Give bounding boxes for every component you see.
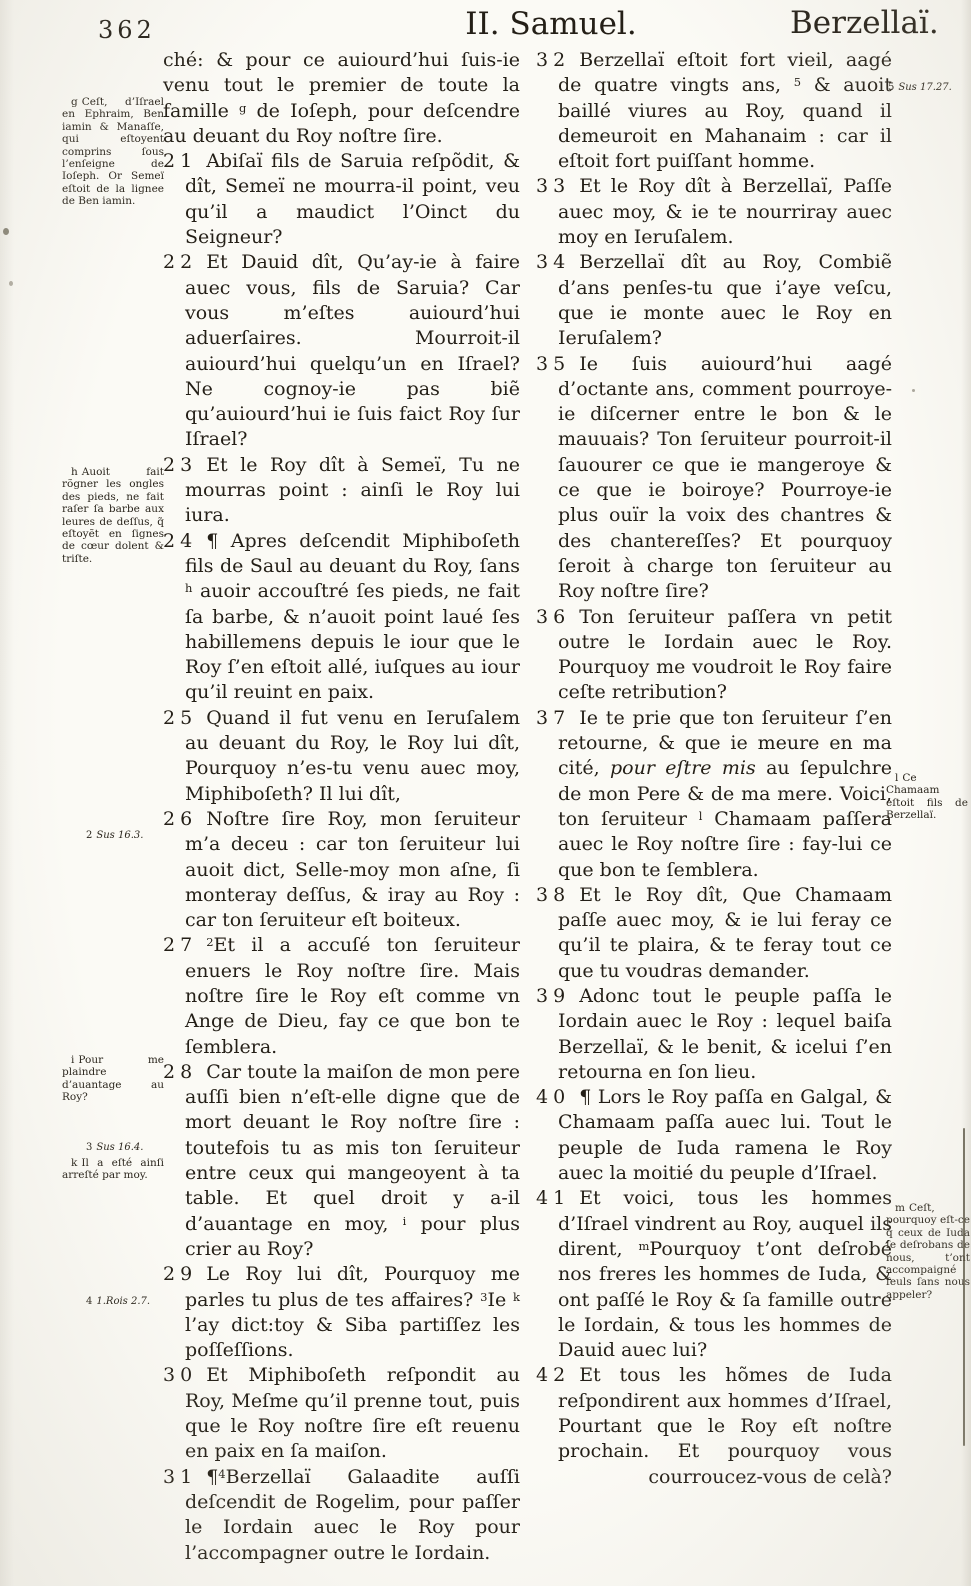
verse-22: 22Et Dauid dît, Qu’ay-ie à faire auec vo…	[163, 250, 520, 452]
text-run: Ton ſeruiteur paſſera vn petit outre le …	[558, 606, 892, 704]
verse-number: 33	[536, 175, 570, 197]
text-run: Quand il fut venu en Ieruſalem au deuant…	[185, 707, 520, 805]
text-run: Et le Roy dît à Semeï, Tu ne mourras poi…	[185, 454, 520, 527]
verse-34: 34Berzellaï dît au Roy, Combiẽ d’ans pen…	[536, 250, 892, 351]
ref-marker: 5	[888, 82, 894, 93]
verse-number: 38	[536, 884, 570, 906]
verse-37: 37Ie te prie que ton ſeruiteur ſ’en reto…	[536, 706, 892, 883]
ref-text: Sus 16.3.	[96, 830, 143, 841]
verse-23: 23Et le Roy dît à Semeï, Tu ne mourras p…	[163, 453, 520, 529]
text-run: Et tous les hõmes de Iuda reſpondirent a…	[558, 1364, 892, 1487]
verse-number: 41	[536, 1187, 570, 1209]
scanned-bible-page: 362 II. Samuel. Berzellaï. ché: & pour c…	[0, 0, 971, 1586]
margin-note-i: iPour me plaindre d’auantage au Roy?	[62, 1054, 164, 1104]
page-edge-line	[963, 1128, 965, 1446]
verse-number: 21	[163, 150, 197, 172]
verse-number: 39	[536, 985, 570, 1007]
ref-text: Sus 17.27.	[898, 82, 951, 93]
verse-number: 31	[163, 1466, 197, 1488]
verse-number: 42	[536, 1364, 570, 1386]
verse-41: 41Et voici, tous les hommes d’Iſrael vin…	[536, 1186, 892, 1363]
verse-number: 25	[163, 707, 197, 729]
verse-number: 35	[536, 353, 570, 375]
margin-ref-sus-17-27: 5Sus 17.27.	[888, 82, 968, 94]
ref-text: 1.Rois 2.7.	[96, 1296, 150, 1307]
verse-number: 26	[163, 808, 197, 830]
note-marker: m	[895, 1202, 905, 1214]
margin-note-k: kIl a eſté ainſi arreſté par moy.	[62, 1157, 164, 1182]
note-text: Ce Chamaam eſtoit fils de Berzellaï.	[886, 772, 968, 821]
verse-number: 34	[536, 251, 570, 273]
verse-39: 39Adonc tout le peuple paſſa le Iordain …	[536, 984, 892, 1085]
ref-marker: 3	[86, 1142, 92, 1153]
verse-33: 33Et le Roy dît à Berzellaï, Paſſe auec …	[536, 174, 892, 250]
margin-ref-sus-16-4: 3Sus 16.4.	[86, 1142, 176, 1154]
ink-speck	[9, 281, 13, 286]
verse-36: 36Ton ſeruiteur paſſera vn petit outre l…	[536, 605, 892, 706]
verse-38: 38Et le Roy dît, Que Chamaam paſſe auec …	[536, 883, 892, 984]
verse-29: 29Le Roy lui dît, Pourquoy me parles tu …	[163, 1262, 520, 1363]
text-run: auoir accouſtré ſes pieds, ne fait ſa ba…	[185, 580, 520, 703]
text-run: Car toute la maiſon de mon pere auſſi bi…	[185, 1061, 520, 1235]
verse-number: 27	[163, 934, 197, 956]
verse-28: 28Car toute la maiſon de mon pere auſſi …	[163, 1060, 520, 1262]
text-run: Berzellaï dît au Roy, Combiẽ d’ans penſe…	[558, 251, 892, 349]
verse-32: 32Berzellaï eſtoit fort vieil, aagé de q…	[536, 48, 892, 174]
note-text: Pour me plaindre d’auantage au Roy?	[62, 1054, 164, 1103]
note-text: Ceſt, d’Iſrael en Ephraim, Ben iamin & M…	[62, 96, 164, 207]
note-marker: k	[71, 1157, 77, 1169]
margin-note-g: gCeſt, d’Iſrael en Ephraim, Ben iamin & …	[62, 96, 164, 208]
text-run: Ie	[487, 1289, 513, 1311]
text-run: Berzellaï Galaadite auſſi deſcendit de R…	[185, 1466, 520, 1564]
text-run: l’ay dict:toy & Siba partiſſez les poſſe…	[185, 1314, 520, 1361]
verse-number: 32	[536, 49, 570, 71]
text-run: Ie ſuis auiourd’hui aagé d’octante ans, …	[558, 353, 892, 603]
note-marker: g	[71, 96, 78, 108]
right-column: 32Berzellaï eſtoit fort vieil, aagé de q…	[536, 48, 892, 1490]
ref-text: Sus 16.4.	[96, 1142, 143, 1153]
verse-number: 22	[163, 251, 197, 273]
verse-number: 30	[163, 1364, 197, 1386]
margin-ref-1-rois-2-7: 41.Rois 2.7.	[86, 1296, 176, 1308]
ink-speck	[912, 389, 915, 392]
verse-number: 23	[163, 454, 197, 476]
margin-note-m: mCeſt, pourquoy eſt-ce q̃ ceux de Iuda ſ…	[886, 1202, 970, 1301]
page-number: 362	[98, 16, 156, 44]
text-run: Et Miphiboſeth reſpondit au Roy, Meſme q…	[185, 1364, 520, 1462]
note-text: Il a eſté ainſi arreſté par moy.	[62, 1157, 164, 1181]
margin-note-h: hAuoit fait rõgner les ongles des pieds,…	[62, 466, 164, 565]
ink-speck	[3, 228, 9, 235]
text-run: pour eſtre mis	[610, 757, 756, 779]
verse-25: 25Quand il fut venu en Ieruſalem au deua…	[163, 706, 520, 807]
note-marker: i	[71, 1054, 74, 1066]
note-marker: h	[71, 466, 78, 478]
verse-31: 31¶4Berzellaï Galaadite auſſi deſcendit …	[163, 1465, 520, 1566]
book-title: II. Samuel.	[436, 6, 666, 42]
text-run: 5	[794, 75, 801, 89]
text-run: Et le Roy dît, Que Chamaam paſſe auec mo…	[558, 884, 892, 982]
text-run: Et Dauid dît, Qu’ay-ie à faire auec vous…	[185, 251, 520, 450]
verse-number: 28	[163, 1061, 197, 1083]
verse-number: 37	[536, 707, 570, 729]
verse-24: 24¶ Apres deſcendit Miphiboſeth fils de …	[163, 529, 520, 706]
verse-number: 29	[163, 1263, 197, 1285]
verse-40: 40¶ Lors le Roy paſſa en Galgal, & Chama…	[536, 1085, 892, 1186]
text-run: Le Roy lui dît, Pourquoy me parles tu pl…	[185, 1263, 520, 1310]
verse-number: 24	[163, 530, 197, 552]
verse-35: 35Ie ſuis auiourd’hui aagé d’octante ans…	[536, 352, 892, 605]
ref-marker: 4	[86, 1296, 92, 1307]
verse-27: 272Et il a accuſé ton ſeruiteur enuers l…	[163, 933, 520, 1059]
text-run: 4	[218, 1466, 225, 1480]
note-text: Ceſt, pourquoy eſt-ce q̃ ceux de Iuda ſe…	[886, 1202, 970, 1301]
running-title: Berzellaï.	[790, 5, 939, 41]
text-run: Adonc tout le peuple paſſa le Iordain au…	[558, 985, 892, 1083]
note-text: Auoit fait rõgner les ongles des pieds, …	[62, 466, 164, 565]
text-run: Noſtre ſire Roy, mon ſeruiteur m’a deceu…	[185, 808, 520, 931]
text-run: k	[513, 1289, 520, 1303]
margin-note-l: lCe Chamaam eſtoit fils de Berzellaï.	[886, 772, 968, 822]
text-run: Et le Roy dît à Berzellaï, Paſſe auec mo…	[558, 175, 892, 248]
margin-ref-sus-16-3: 2Sus 16.3.	[86, 830, 176, 842]
ref-marker: 2	[86, 830, 92, 841]
text-run: Abiſaï fils de Saruia reſpõdit, & dît, S…	[185, 150, 520, 248]
text-run: ¶ Lors le Roy paſſa en Galgal, & Chamaam…	[558, 1086, 892, 1184]
verse-42: 42Et tous les hõmes de Iuda reſpondirent…	[536, 1363, 892, 1489]
verse-30: 30Et Miphiboſeth reſpondit au Roy, Meſme…	[163, 1363, 520, 1464]
verse-26: 26Noſtre ſire Roy, mon ſeruiteur m’a dec…	[163, 807, 520, 933]
note-marker: l	[895, 772, 898, 784]
text-run: Et il a accuſé ton ſeruiteur enuers le R…	[185, 934, 520, 1057]
verse-21: 21Abiſaï fils de Saruia reſpõdit, & dît,…	[163, 149, 520, 250]
left-column: ché: & pour ce auiourd’hui ſuis-ie venu …	[163, 48, 520, 1566]
verse-number: 40	[536, 1086, 570, 1108]
verse-number: 36	[536, 606, 570, 628]
text-run: m	[638, 1239, 649, 1253]
continuation-paragraph: ché: & pour ce auiourd’hui ſuis-ie venu …	[163, 48, 520, 149]
text-run: 2	[206, 935, 213, 949]
text-run: ¶	[206, 1466, 218, 1488]
text-run: ¶ Apres deſcendit Miphiboſeth fils de Sa…	[185, 530, 520, 577]
